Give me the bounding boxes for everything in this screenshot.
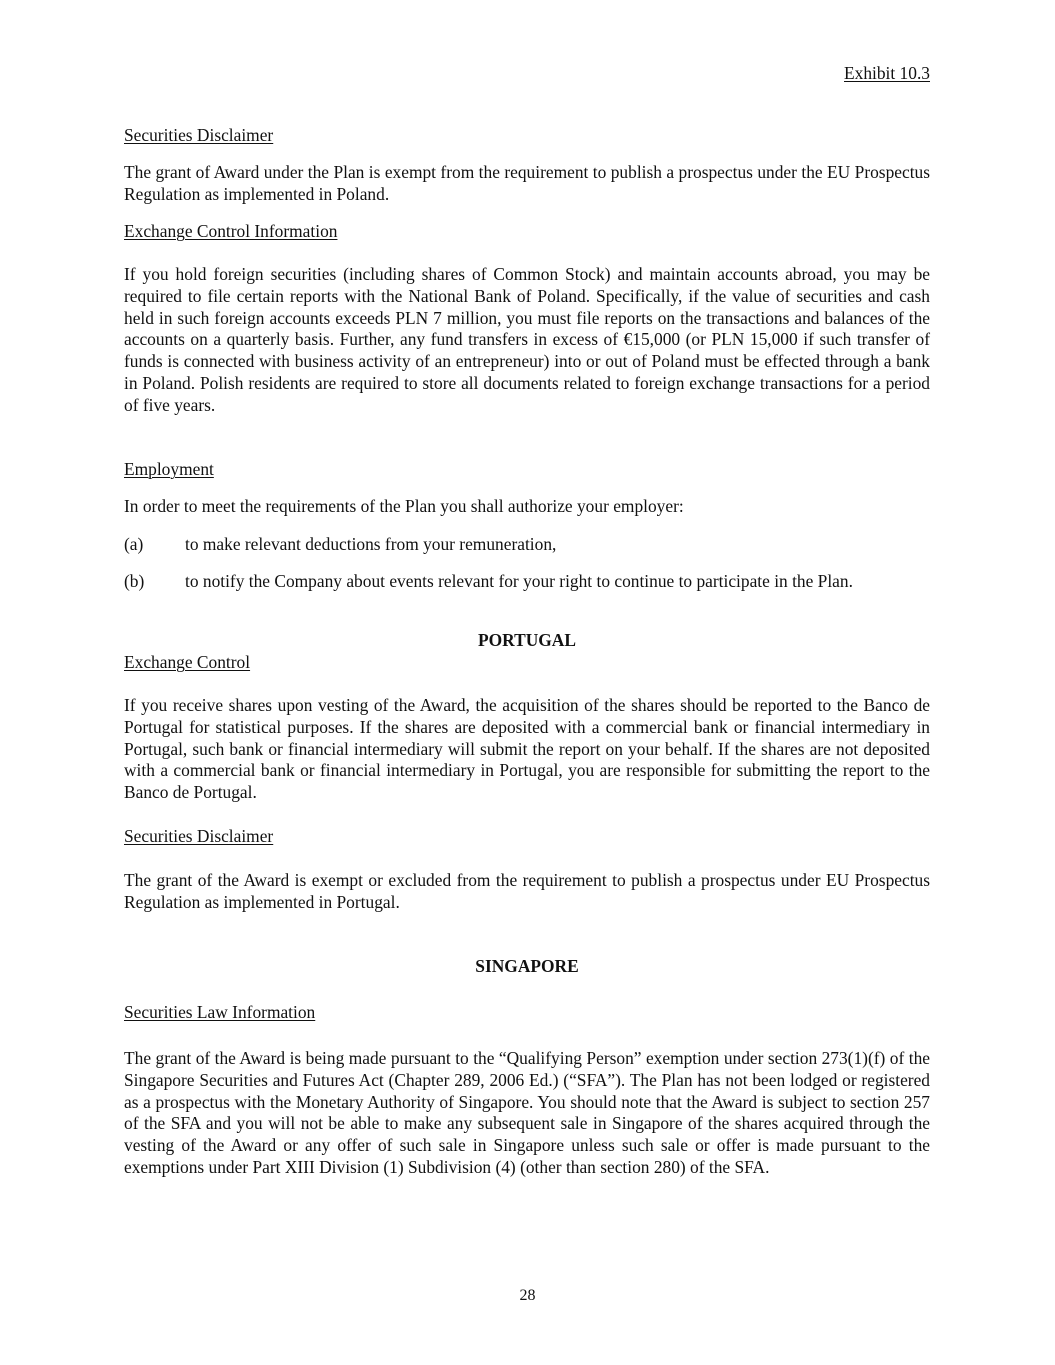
exhibit-label: Exhibit 10.3: [844, 63, 930, 85]
list-item-text: to make relevant deductions from your re…: [185, 534, 556, 554]
poland-employment-intro: In order to meet the requirements of the…: [124, 496, 930, 518]
poland-securities-disclaimer-text: The grant of Award under the Plan is exe…: [124, 162, 930, 206]
poland-exchange-control-heading: Exchange Control Information: [124, 221, 930, 243]
portugal-securities-disclaimer-heading: Securities Disclaimer: [124, 826, 930, 848]
singapore-securities-law-heading: Securities Law Information: [124, 1002, 930, 1024]
list-item: (a)to make relevant deductions from your…: [124, 534, 930, 556]
poland-employment-heading: Employment: [124, 459, 930, 481]
singapore-securities-law-text: The grant of the Award is being made pur…: [124, 1048, 930, 1179]
list-item-label: (a): [124, 534, 185, 556]
poland-securities-disclaimer-heading: Securities Disclaimer: [124, 125, 930, 147]
singapore-title: SINGAPORE: [124, 956, 930, 978]
portugal-securities-disclaimer-text: The grant of the Award is exempt or excl…: [124, 870, 930, 914]
portugal-exchange-control-text: If you receive shares upon vesting of th…: [124, 695, 930, 804]
list-item-text: to notify the Company about events relev…: [185, 571, 853, 591]
list-item-label: (b): [124, 571, 185, 593]
list-item: (b)to notify the Company about events re…: [124, 571, 930, 593]
page-number: 28: [0, 1285, 1055, 1307]
portugal-exchange-control-heading: Exchange Control: [124, 652, 930, 674]
poland-exchange-control-text: If you hold foreign securities (includin…: [124, 264, 930, 417]
portugal-title: PORTUGAL: [124, 630, 930, 652]
